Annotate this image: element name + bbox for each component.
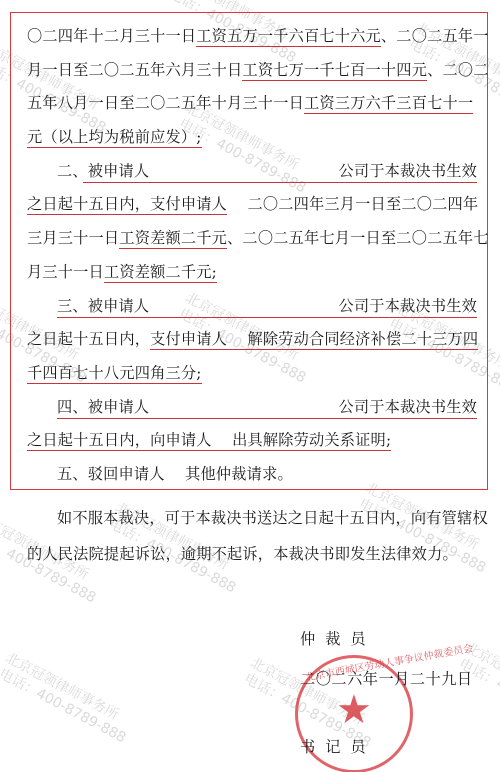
- text-line: 〇二四年十二月三十一日工资五万一千六百七十六元、二〇二五年一: [27, 20, 477, 54]
- company-clause: 公司于本裁决书生效: [339, 391, 478, 418]
- clerk-label: 书记员: [300, 736, 376, 757]
- text-line: 之日起十五日内，支付申请人 解除劳动合同经济补偿二十三万四: [27, 323, 477, 357]
- notice-line: 如不服本裁决，可于本裁决书送达之日起十五日内，向有管辖权: [27, 500, 477, 536]
- text-line: 元（以上均为税前应发）;: [27, 121, 477, 155]
- text-line: 三月三十一日工资差额二千元、二〇二五年七月一日至二〇二五年七: [27, 222, 477, 256]
- text-line: 千四百七十八元四角三分;: [27, 357, 477, 391]
- company-clause: 公司于本裁决书生效: [339, 155, 478, 182]
- text-line: 月三十一日工资差额二千元;: [27, 256, 477, 290]
- arbitrator-label: 仲裁员: [300, 628, 376, 649]
- watermark: 北京冠领律师事务所电话：400-8789-888: [0, 650, 136, 747]
- item-4-header: 四、被申请人 公司于本裁决书生效: [27, 391, 477, 425]
- item-2-header: 二、被申请人 公司于本裁决书生效: [27, 155, 477, 189]
- text-line: 之日起十五日内，支付申请人 二〇二四年三月一日至二〇二四年: [27, 188, 477, 222]
- item-5: 五、驳回申请人 其他仲裁请求。: [27, 458, 477, 492]
- award-date: 二〇二六年一月二十九日: [300, 668, 473, 689]
- respondent-label: 三、被申请人: [57, 290, 149, 317]
- text-line: 五年八月一日至二〇二五年十月三十一日工资三万六千三百七十一: [27, 87, 477, 121]
- text-line: 月一日至二〇二五年六月三十日工资七万一千七百一十四元、二〇二: [27, 54, 477, 88]
- respondent-label: 四、被申请人: [57, 391, 149, 418]
- respondent-label: 二、被申请人: [57, 155, 149, 182]
- star-icon: ★: [336, 690, 372, 730]
- item-3-header: 三、被申请人 公司于本裁决书生效: [27, 290, 477, 324]
- appeal-notice: 如不服本裁决，可于本裁决书送达之日起十五日内，向有管辖权 的人民法院提起诉讼，逾…: [27, 500, 477, 572]
- company-clause: 公司于本裁决书生效: [339, 290, 478, 317]
- notice-line: 的人民法院提起诉讼，逾期不起诉，本裁决书即发生法律效力。: [27, 536, 477, 572]
- text-line: 之日起十五日内，向申请人 出具解除劳动关系证明;: [27, 424, 477, 458]
- award-items: 〇二四年十二月三十一日工资五万一千六百七十六元、二〇二五年一 月一日至二〇二五年…: [27, 20, 477, 492]
